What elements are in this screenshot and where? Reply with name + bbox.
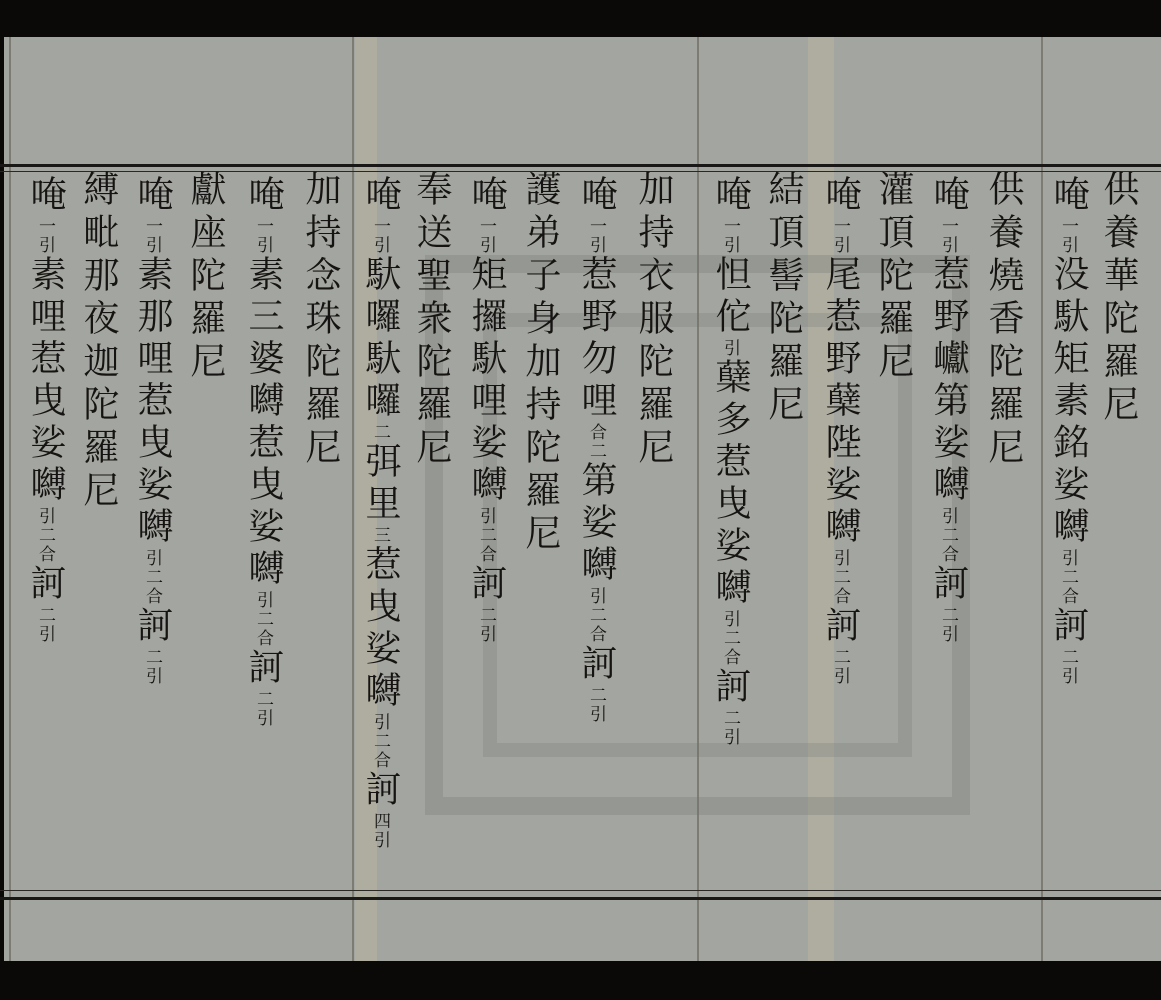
heading-column: 灌頂陀羅尼 [875,170,911,385]
mantra-column: 唵一引惹野勿哩合二第娑嚩引二合訶二引 [578,175,614,724]
mantra-column: 唵一引素三婆嚩惹曳娑嚩引二合訶二引 [245,175,281,728]
mantra-column: 唵一引尾惹野蘖陛娑嚩引二合訶二引 [822,175,858,686]
heading-column: 加持念珠陀羅尼 [302,170,338,471]
mantra-column: 唵一引怛佗引蘖多惹曳娑嚩引二合訶二引 [712,175,748,747]
mantra-column: 唵一引惹野巘第娑嚩引二合訶二引 [930,175,966,644]
heading-column: 加持衣服陀羅尼 [635,170,671,471]
heading-column: 護弟子身加持陀羅尼 [522,170,558,557]
bottom-border-rule [0,897,1161,900]
heading-column: 供養燒香陀羅尼 [985,170,1021,471]
heading-column: 奉送聖衆陀羅尼 [413,170,449,471]
mantra-column: 唵一引素哩惹曳娑嚩引二合訶二引 [27,175,63,644]
mantra-column: 唵一引矩攞馱哩娑嚩引二合訶二引 [468,175,504,644]
mantra-column: 唵一引素那哩惹曳娑嚩引二合訶二引 [134,175,170,686]
heading-column: 供養華陀羅尼 [1100,170,1136,428]
mantra-column: 唵一引馱囉馱囉二弭里三惹曳娑嚩引二合訶四引 [362,175,398,850]
heading-column: 縛毗那夜迦陀羅尼 [80,170,116,514]
top-border-rule [0,164,1161,167]
mantra-column: 唵一引没馱矩素銘娑嚩引二合訶二引 [1050,175,1086,686]
heading-column: 結頂髻陀羅尼 [765,170,801,428]
bottom-border-rule-thin [0,890,1161,891]
page-fold [352,37,354,961]
page-fold [1041,37,1043,961]
heading-column: 獻座陀羅尼 [187,170,223,385]
page-fold [9,37,11,961]
